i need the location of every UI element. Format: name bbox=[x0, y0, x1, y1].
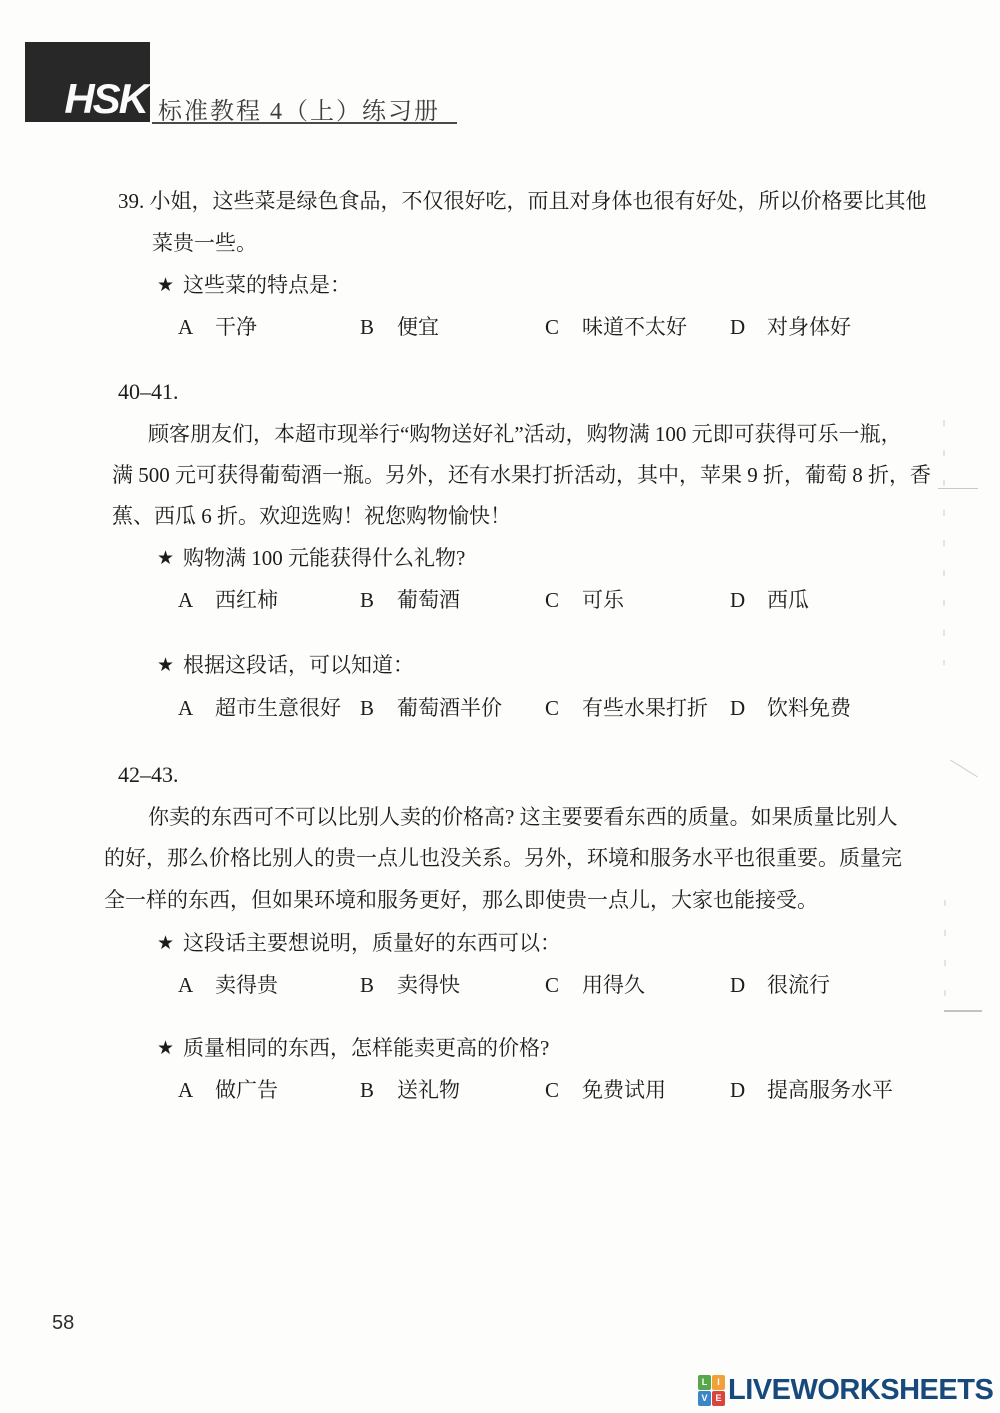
star-icon: ★ bbox=[157, 1038, 174, 1059]
q39-text-line2: 菜贵一些。 bbox=[152, 228, 257, 258]
sec4243-para-line3: 全一样的东西，但如果环境和服务更好，那么即使贵一点儿，大家也能接受。 bbox=[104, 885, 818, 915]
q40-prompt: 购物满 100 元能获得什么礼物? bbox=[183, 546, 465, 570]
star-icon: ★ bbox=[157, 655, 174, 676]
q42-options: A卖得贵 B卖得快 C用得久 D很流行 bbox=[118, 970, 930, 1000]
q40-options: A西红柿 B葡萄酒 C可乐 D西瓜 bbox=[118, 585, 930, 615]
title-underline bbox=[152, 122, 457, 124]
worksheet-page: HSK 标准教程 4（上）练习册 39. 小姐，这些菜是绿色食品，不仅很好吃，而… bbox=[0, 0, 1000, 1413]
q40-option-b[interactable]: B葡萄酒 bbox=[360, 585, 545, 615]
q40-question: ★购物满 100 元能获得什么礼物? bbox=[157, 543, 465, 575]
star-icon: ★ bbox=[157, 548, 174, 569]
q43-question: ★质量相同的东西，怎样能卖更高的价格? bbox=[157, 1033, 549, 1065]
sec4243-para-line1: 你卖的东西可不可以比别人卖的价格高? 这主要要看东西的质量。如果质量比别人 bbox=[148, 802, 898, 832]
scan-artifact-dashes-lower bbox=[944, 900, 946, 1015]
q41-question: ★根据这段话，可以知道： bbox=[157, 650, 414, 682]
q39-text-line1: 39. 小姐，这些菜是绿色食品，不仅很好吃，而且对身体也很有好处，所以价格要比其… bbox=[118, 186, 927, 216]
q41-option-b[interactable]: B葡萄酒半价 bbox=[360, 693, 545, 723]
q42-option-d[interactable]: D很流行 bbox=[730, 970, 930, 1000]
star-icon: ★ bbox=[157, 933, 174, 954]
page-number: 58 bbox=[52, 1312, 74, 1335]
q43-options: A做广告 B送礼物 C免费试用 D提高服务水平 bbox=[118, 1075, 930, 1105]
q39-option-a[interactable]: A干净 bbox=[178, 312, 360, 342]
scan-artifact-diagonal bbox=[950, 760, 978, 778]
sec4041-para-line1: 顾客朋友们，本超市现举行“购物送好礼”活动，购物满 100 元即可获得可乐一瓶， bbox=[148, 419, 902, 449]
sec4041-para-line2: 满 500 元可获得葡萄酒一瓶。另外，还有水果打折活动，其中，苹果 9 折，葡萄… bbox=[112, 460, 931, 490]
q39-prompt: 这些菜的特点是： bbox=[183, 273, 351, 297]
q43-option-a[interactable]: A做广告 bbox=[178, 1075, 360, 1105]
q43-option-c[interactable]: C免费试用 bbox=[545, 1075, 730, 1105]
scan-artifact-dashes-upper bbox=[943, 420, 945, 665]
q42-option-a[interactable]: A卖得贵 bbox=[178, 970, 360, 1000]
q39-option-d[interactable]: D对身体好 bbox=[730, 312, 930, 342]
sec4243-para-line2: 的好，那么价格比别人的贵一点儿也没关系。另外，环境和服务水平也很重要。质量完 bbox=[104, 843, 902, 873]
sec4041-para-line3: 蕉、西瓜 6 折。欢迎选购！祝您购物愉快！ bbox=[112, 501, 511, 531]
hsk-logo: HSK bbox=[25, 42, 150, 122]
logo-tile-v: V bbox=[698, 1391, 711, 1406]
q40-option-a[interactable]: A西红柿 bbox=[178, 585, 360, 615]
q40-option-d[interactable]: D西瓜 bbox=[730, 585, 930, 615]
scan-artifact-line-2 bbox=[944, 1010, 982, 1012]
hsk-logo-text: HSK bbox=[64, 80, 147, 118]
section-40-41-label: 40–41. bbox=[118, 377, 179, 407]
liveworksheets-logo-icon: L I V E bbox=[698, 1375, 725, 1406]
q42-option-b[interactable]: B卖得快 bbox=[360, 970, 545, 1000]
star-icon: ★ bbox=[157, 275, 174, 296]
q40-option-c[interactable]: C可乐 bbox=[545, 585, 730, 615]
section-42-43-label: 42–43. bbox=[118, 760, 179, 790]
q41-option-c[interactable]: C有些水果打折 bbox=[545, 693, 730, 723]
q39-question: ★这些菜的特点是： bbox=[157, 270, 351, 302]
q43-prompt: 质量相同的东西，怎样能卖更高的价格? bbox=[183, 1036, 549, 1060]
logo-tile-e: E bbox=[712, 1391, 725, 1406]
scan-artifact-line-1 bbox=[938, 488, 978, 489]
logo-tile-i: I bbox=[712, 1375, 725, 1390]
liveworksheets-watermark[interactable]: L I V E LIVEWORKSHEETS bbox=[698, 1372, 990, 1408]
q41-option-d[interactable]: D饮料免费 bbox=[730, 693, 930, 723]
q41-prompt: 根据这段话，可以知道： bbox=[183, 653, 414, 677]
book-title: 标准教程 4（上）练习册 bbox=[158, 91, 440, 126]
q39-option-b[interactable]: B便宜 bbox=[360, 312, 545, 342]
q41-option-a[interactable]: A超市生意很好 bbox=[178, 693, 360, 723]
liveworksheets-wordmark: LIVEWORKSHEETS bbox=[728, 1372, 993, 1408]
q41-options: A超市生意很好 B葡萄酒半价 C有些水果打折 D饮料免费 bbox=[118, 693, 930, 723]
q42-option-c[interactable]: C用得久 bbox=[545, 970, 730, 1000]
q42-prompt: 这段话主要想说明，质量好的东西可以： bbox=[183, 931, 561, 955]
q39-option-c[interactable]: C味道不太好 bbox=[545, 312, 730, 342]
q39-options: A干净 B便宜 C味道不太好 D对身体好 bbox=[118, 312, 930, 342]
q43-option-b[interactable]: B送礼物 bbox=[360, 1075, 545, 1105]
logo-tile-l: L bbox=[698, 1375, 711, 1390]
q43-option-d[interactable]: D提高服务水平 bbox=[730, 1075, 930, 1105]
q42-question: ★这段话主要想说明，质量好的东西可以： bbox=[157, 928, 561, 960]
